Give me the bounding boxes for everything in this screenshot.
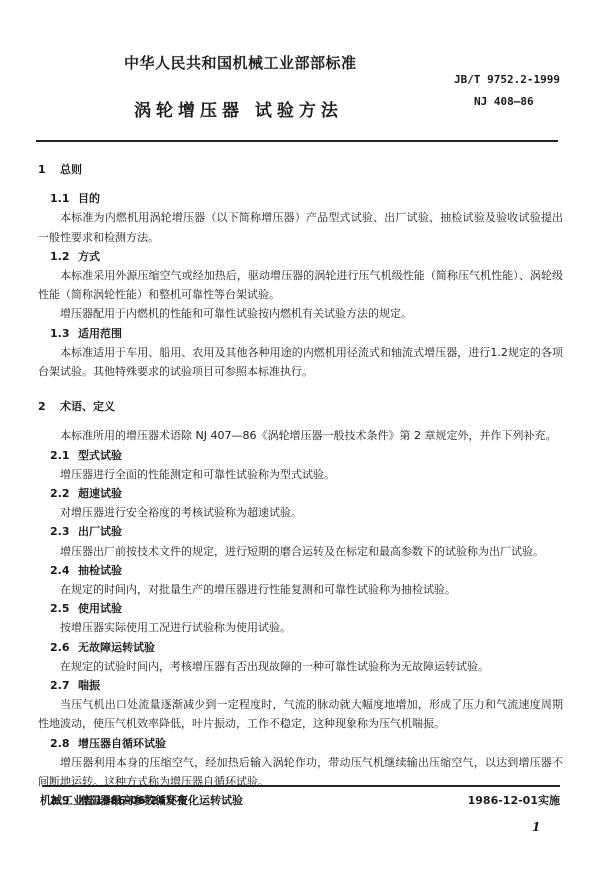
subsection-title: 增压器自循环试验 [78,737,166,750]
paragraph: 增压器出厂前按技术文件的规定，进行短期的磨合运转及在标定和最高参数下的试验称为出… [38,542,563,561]
bottom-divider [42,785,560,787]
subsection-number: 2.5 [50,599,78,618]
subsection-title: 喘振 [78,679,100,692]
paragraph: 本标准为内燃机用涡轮增压器（以下简称增压器）产品型式试验、出厂试验、抽检试验及验… [38,208,563,246]
subsection-number: 1.2 [50,247,78,266]
subsection-heading: 2.8增压器自循环试验 [38,734,563,753]
subsection-heading: 2.2超速试验 [38,484,563,503]
subsection-title: 无故障运转试验 [78,641,155,654]
subsection-heading: 2.6无故障运转试验 [38,638,563,657]
subsection-title: 型式试验 [78,449,122,462]
paragraph: 当压气机出口处流量逐渐减少到一定程度时，气流的脉动就大幅度地增加，形成了压力和气… [38,695,563,733]
paragraph: 对增压器进行安全裕度的考核试验称为超速试验。 [38,503,563,522]
paragraph: 在规定的时间内，对批量生产的增压器进行性能复测和可靠性试验称为抽检试验。 [38,580,563,599]
document-title: 涡轮增压器 试验方法 [134,96,343,121]
subsection-heading: 1.1目的 [38,189,563,208]
document-body: 1总则 1.1目的 本标准为内燃机用涡轮增压器（以下简称增压器）产品型式试验、出… [38,160,563,811]
subsection-number: 2.7 [50,676,78,695]
paragraph: 按增压器实际使用工况进行试验称为使用试验。 [38,618,563,637]
subsection-number: 2.1 [50,446,78,465]
subsection-heading: 2.5使用试验 [38,599,563,618]
subsection-title: 适用范围 [78,327,122,340]
subsection-number: 2.4 [50,561,78,580]
paragraph: 增压器配用于内燃机的性能和可靠性试验按内燃机有关试验方法的规定。 [38,304,563,323]
subsection-title: 出厂试验 [78,525,122,538]
subsection-heading: 1.2方式 [38,247,563,266]
section-title: 总则 [60,163,82,176]
paragraph: 本标准采用外源压缩空气或经加热后，驱动增压器的涡轮进行压气机级性能（简称压气机性… [38,266,563,304]
effective-date: 1986-12-01实施 [468,792,560,808]
section-number: 2 [38,397,60,416]
subsection-title: 超速试验 [78,487,122,500]
top-divider [36,140,558,142]
subsection-heading: 2.3出厂试验 [38,522,563,541]
subsection-number: 1.1 [50,189,78,208]
section-heading: 1总则 [38,160,563,179]
section-number: 1 [38,160,60,179]
subsection-number: 2.2 [50,484,78,503]
subsection-title: 方式 [78,250,100,263]
page-number: 1 [532,820,540,834]
paragraph: 在规定的试验时间内，考核增压器有否出现故障的一种可靠性试验称为无故障运转试验。 [38,657,563,676]
section-intro: 本标准所用的增压器术语除 NJ 407—86《涡轮增压器一般技术条件》第 2 章… [38,426,563,445]
subsection-heading: 2.4抽检试验 [38,561,563,580]
subsection-number: 1.3 [50,324,78,343]
subsection-heading: 2.7喘振 [38,676,563,695]
subsection-heading: 2.1型式试验 [38,446,563,465]
paragraph: 本标准适用于车用、船用、农用及其他各种用途的内燃机用径流式和轴流式增压器，进行1… [38,343,563,381]
subsection-title: 目的 [78,192,100,205]
section-heading: 2术语、定义 [38,397,563,416]
subsection-number: 2.8 [50,734,78,753]
header-organization: 中华人民共和国机械工业部部标准 [124,52,357,73]
issue-date: 机械工业部1986-06-24发布 [40,792,187,808]
section-title: 术语、定义 [60,400,115,413]
subsection-number: 2.3 [50,522,78,541]
paragraph: 增压器进行全面的性能测定和可靠性试验称为型式试验。 [38,465,563,484]
standard-code-secondary: NJ 408—86 [474,95,534,108]
subsection-title: 使用试验 [78,602,122,615]
subsection-number: 2.6 [50,638,78,657]
subsection-title: 抽检试验 [78,564,122,577]
subsection-heading: 1.3适用范围 [38,324,563,343]
standard-code-primary: JB/T 9752.2-1999 [454,73,560,86]
